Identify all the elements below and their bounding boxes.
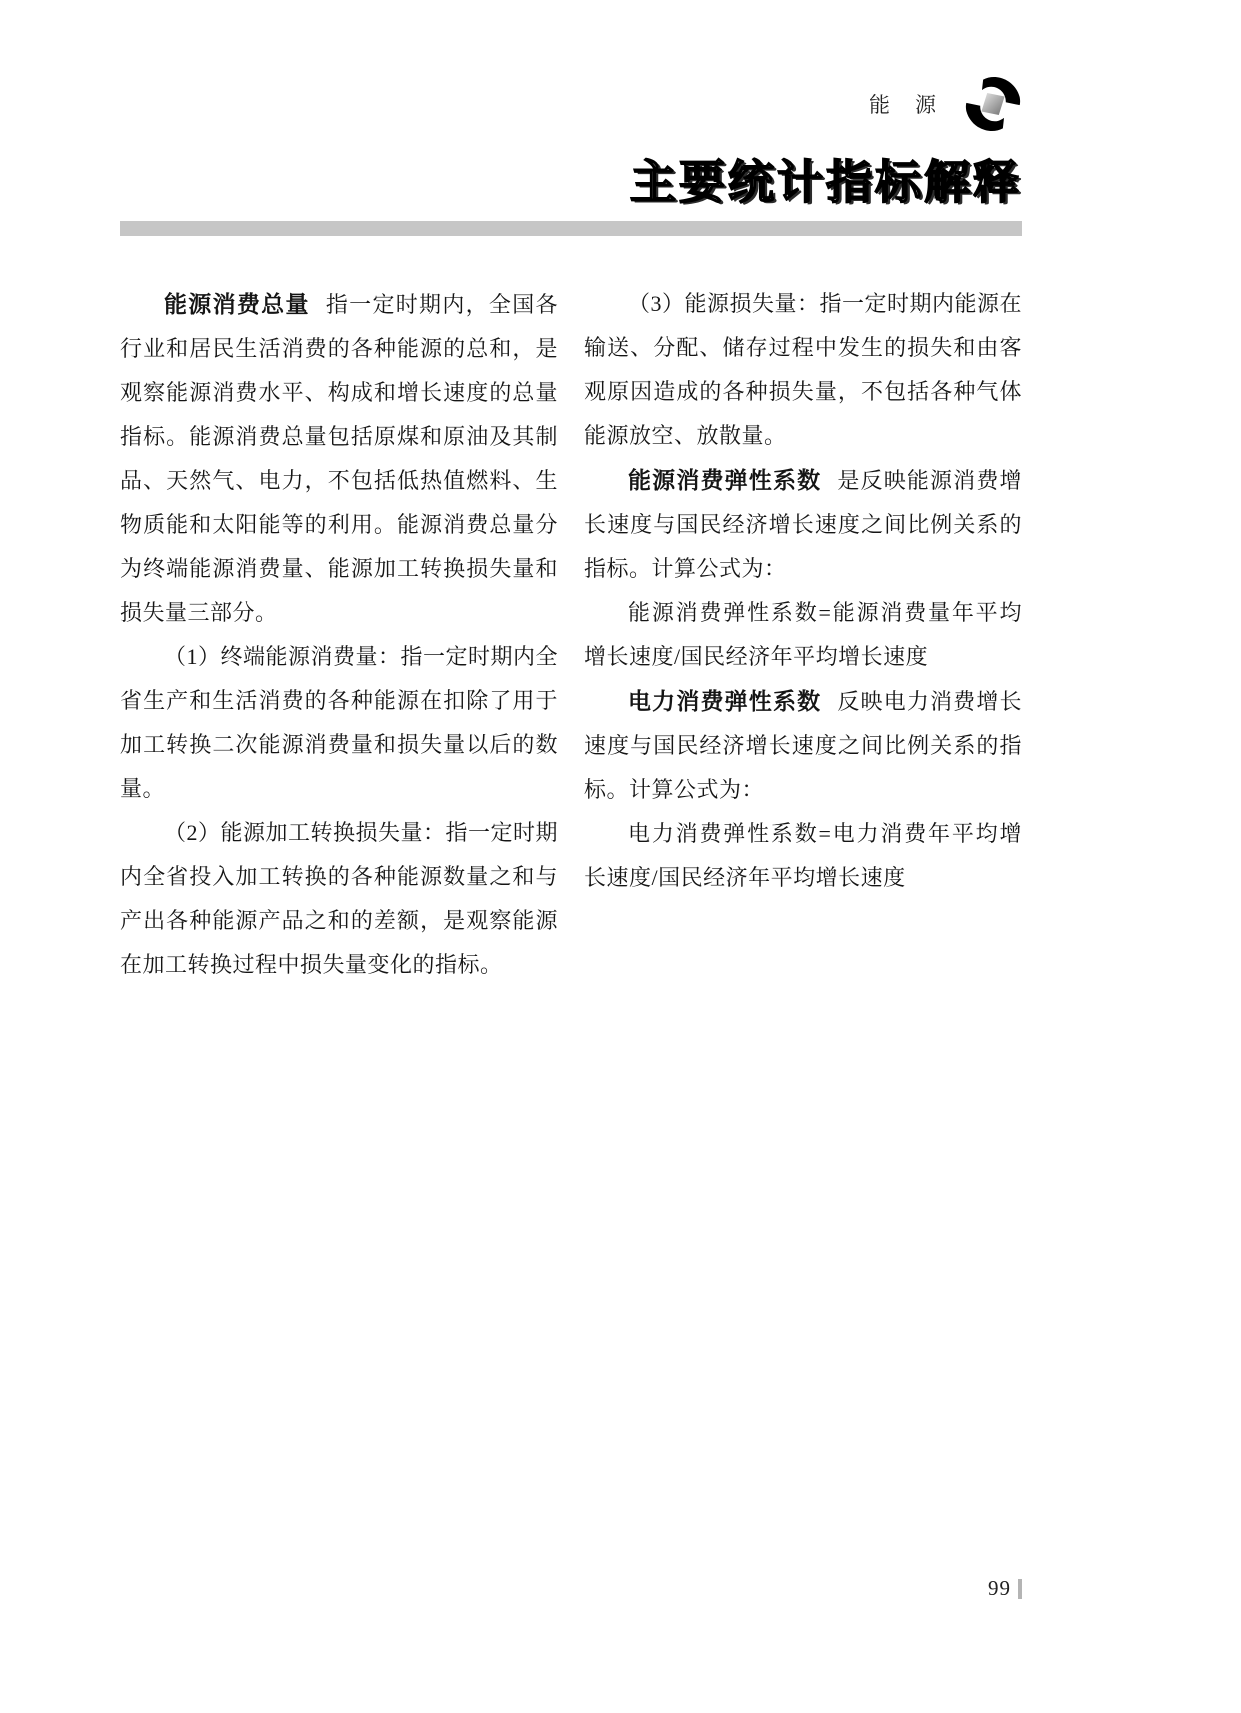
paragraph-text: 电力消费弹性系数=电力消费年平均增长速度/国民经济年平均增长速度 <box>584 821 1022 890</box>
paragraph-energy-loss: （3）能源损失量：指一定时期内能源在输送、分配、储存过程中发生的损失和由客观原因… <box>584 282 1022 458</box>
page-number-divider <box>1018 1579 1022 1599</box>
title-underline-bar <box>120 221 1022 236</box>
paragraph-energy-elasticity-formula: 能源消费弹性系数=能源消费量年平均增长速度/国民经济年平均增长速度 <box>584 591 1022 679</box>
article-body: 能源消费总量指一定时期内，全国各行业和居民生活消费的各种能源的总和，是观察能源消… <box>120 282 1022 987</box>
left-column: 能源消费总量指一定时期内，全国各行业和居民生活消费的各种能源的总和，是观察能源消… <box>120 282 558 987</box>
right-column: （3）能源损失量：指一定时期内能源在输送、分配、储存过程中发生的损失和由客观原因… <box>584 282 1022 987</box>
page-title: 主要统计指标解释 <box>120 146 1022 212</box>
page-number: 99 <box>988 1576 1011 1601</box>
paragraph-text: （3）能源损失量：指一定时期内能源在输送、分配、储存过程中发生的损失和由客观原因… <box>584 291 1022 448</box>
page-footer: 99 <box>120 1576 1022 1601</box>
paragraph-electricity-elasticity-formula: 电力消费弹性系数=电力消费年平均增长速度/国民经济年平均增长速度 <box>584 812 1022 900</box>
paragraph-electricity-elasticity: 电力消费弹性系数反映电力消费增长速度与国民经济增长速度之间比例关系的指标。计算公… <box>584 679 1022 812</box>
paragraph-energy-consumption-total: 能源消费总量指一定时期内，全国各行业和居民生活消费的各种能源的总和，是观察能源消… <box>120 282 558 635</box>
paragraph-processing-conversion-loss: （2）能源加工转换损失量：指一定时期内全省投入加工转换的各种能源数量之和与产出各… <box>120 811 558 987</box>
paragraph-terminal-energy-consumption: （1）终端能源消费量：指一定时期内全省生产和生活消费的各种能源在扣除了用于加工转… <box>120 635 558 811</box>
page-header: 能 源 <box>120 72 1022 136</box>
term-lead: 电力消费弹性系数 <box>628 688 821 714</box>
paragraph-energy-elasticity: 能源消费弹性系数是反映能源消费增长速度与国民经济增长速度之间比例关系的指标。计算… <box>584 458 1022 591</box>
publisher-logo-icon <box>964 75 1022 133</box>
paragraph-text: （1）终端能源消费量：指一定时期内全省生产和生活消费的各种能源在扣除了用于加工转… <box>120 644 558 801</box>
paragraph-text: 能源消费弹性系数=能源消费量年平均增长速度/国民经济年平均增长速度 <box>584 600 1022 669</box>
chapter-label: 能 源 <box>869 89 938 119</box>
paragraph-text: 指一定时期内，全国各行业和居民生活消费的各种能源的总和，是观察能源消费水平、构成… <box>120 292 558 625</box>
term-lead: 能源消费总量 <box>164 291 310 317</box>
paragraph-text: （2）能源加工转换损失量：指一定时期内全省投入加工转换的各种能源数量之和与产出各… <box>120 820 558 977</box>
term-lead: 能源消费弹性系数 <box>628 467 821 493</box>
document-page: 能 源 主要统计指标解释 能源消费总量指一定时期内，全国各行业和居民生活消费的各… <box>0 0 1241 1713</box>
